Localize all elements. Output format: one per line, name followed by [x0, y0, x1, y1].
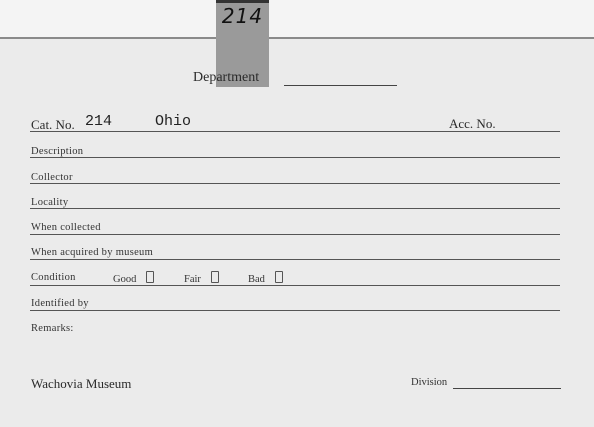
museum-name: Wachovia Museum [31, 376, 131, 392]
condition-line[interactable] [30, 285, 560, 286]
division-field-line[interactable] [453, 388, 561, 389]
when-acquired-label: When acquired by museum [31, 247, 153, 258]
card-top-strip [0, 0, 594, 38]
collector-label: Collector [31, 172, 73, 183]
locality-line[interactable] [30, 208, 560, 209]
cat-no-line[interactable] [30, 131, 560, 132]
tab-handwritten-number: 214 [216, 4, 269, 28]
acc-no-label: Acc. No. [449, 116, 496, 132]
index-tab-edge [216, 0, 269, 3]
description-line[interactable] [30, 157, 560, 158]
state-value: Ohio [155, 113, 191, 130]
department-label: Department [193, 70, 259, 86]
when-collected-label: When collected [31, 222, 101, 233]
condition-bad[interactable]: Bad [248, 271, 283, 285]
when-acquired-line[interactable] [30, 259, 560, 260]
remarks-label: Remarks: [31, 323, 74, 334]
condition-label: Condition [31, 272, 76, 283]
catalog-card [0, 39, 594, 427]
identified-by-label: Identified by [31, 298, 89, 309]
division-label: Division [411, 377, 447, 388]
condition-fair[interactable]: Fair [184, 271, 219, 285]
condition-good[interactable]: Good [113, 271, 154, 285]
locality-label: Locality [31, 197, 68, 208]
cat-no-value: 214 [85, 113, 112, 130]
identified-by-line[interactable] [30, 310, 560, 311]
department-field-line[interactable] [284, 85, 397, 86]
description-label: Description [31, 146, 83, 157]
fair-checkbox[interactable] [211, 271, 219, 283]
good-checkbox[interactable] [146, 271, 154, 283]
when-collected-line[interactable] [30, 234, 560, 235]
collector-line[interactable] [30, 183, 560, 184]
bad-checkbox[interactable] [275, 271, 283, 283]
